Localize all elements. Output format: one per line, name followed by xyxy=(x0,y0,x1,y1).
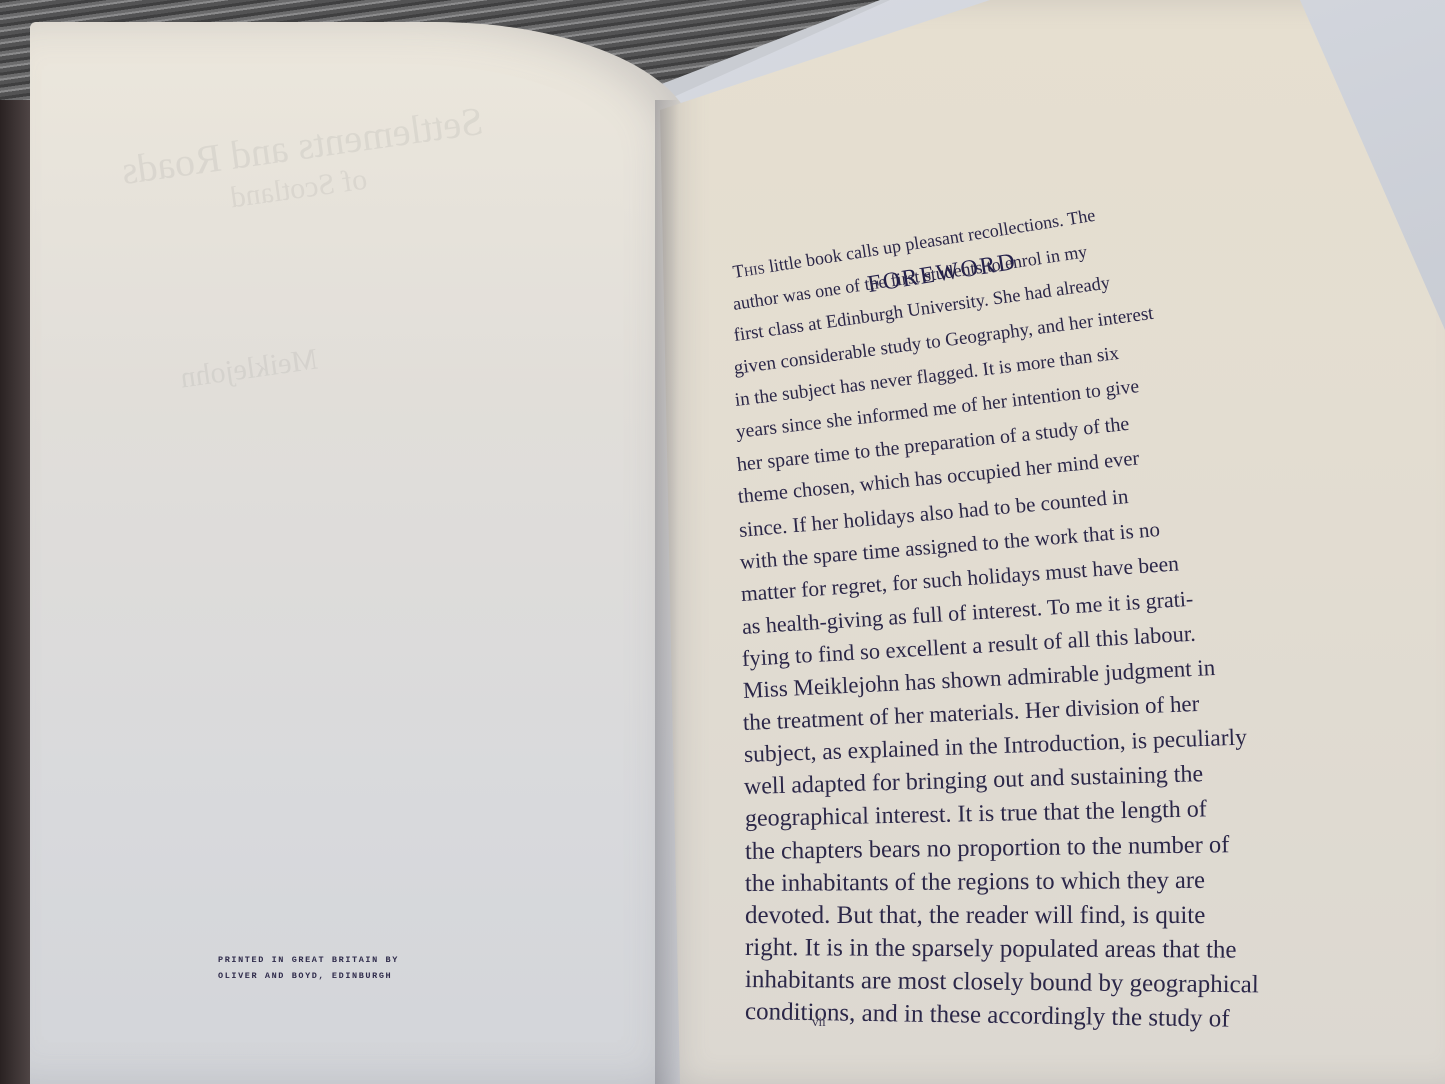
page-number: vii xyxy=(812,1014,826,1030)
text-line: inhabitants are most closely bound by ge… xyxy=(745,966,1259,999)
show-through-text: Meiklejohn xyxy=(178,343,320,396)
book-spine xyxy=(655,100,679,1084)
text-line: devoted. But that, the reader will find,… xyxy=(745,902,1205,930)
imprint-line: OLIVER AND BOYD, EDINBURGH xyxy=(218,968,399,984)
printer-imprint: PRINTED IN GREAT BRITAIN BY OLIVER AND B… xyxy=(218,952,399,984)
text-line: right. It is in the sparsely populated a… xyxy=(745,934,1237,965)
imprint-line: PRINTED IN GREAT BRITAIN BY xyxy=(218,952,399,968)
left-page: Settlements and Roads of Scotland Meikle… xyxy=(30,22,695,1084)
text-line: the inhabitants of the regions to which … xyxy=(745,867,1205,898)
